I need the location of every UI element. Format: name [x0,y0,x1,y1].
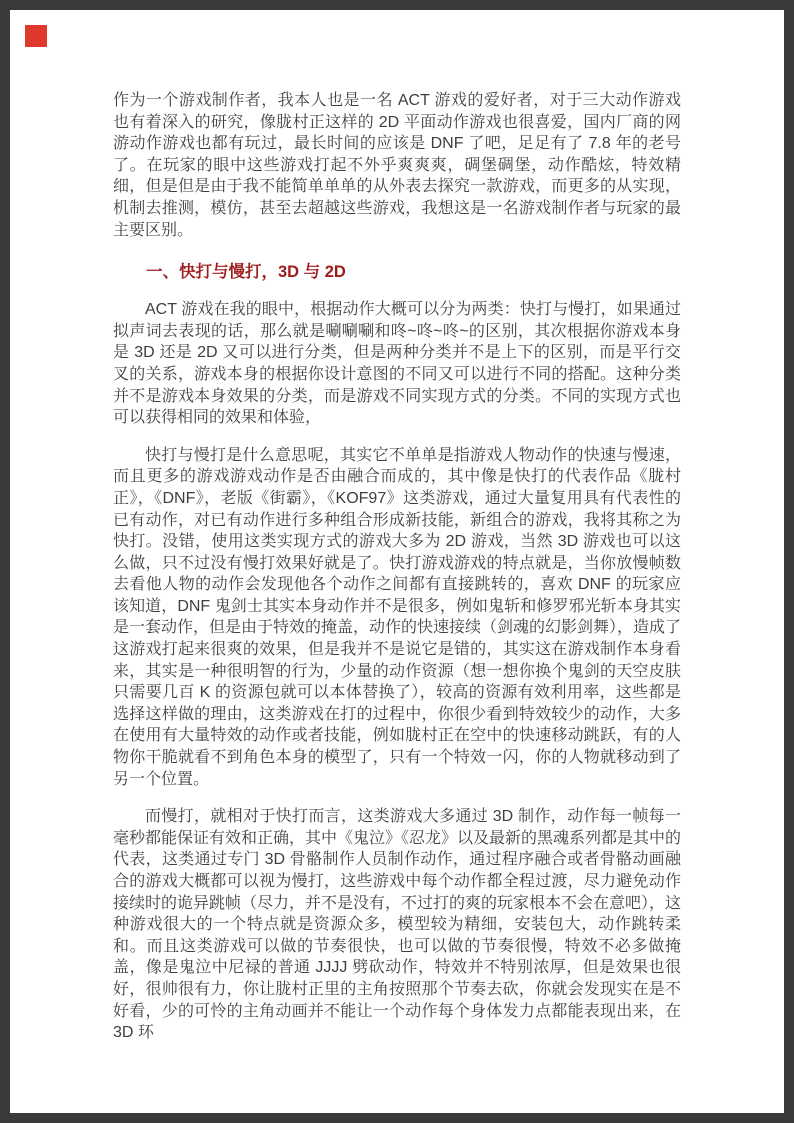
paragraph-classification: ACT 游戏在我的眼中，根据动作大概可以分为两类：快打与慢打，如果通过拟声词去表… [113,299,681,429]
section-heading: 一、快打与慢打，3D 与 2D [113,261,681,283]
document-page: 作为一个游戏制作者，我本人也是一名 ACT 游戏的爱好者，对于三大动作游戏也有着… [0,0,794,1123]
paragraph-slow-hit: 而慢打，就相对于快打而言，这类游戏大多通过 3D 制作，动作每一帧每一毫秒都能保… [113,806,681,1044]
document-content: 作为一个游戏制作者，我本人也是一名 ACT 游戏的爱好者，对于三大动作游戏也有着… [113,90,681,1044]
paragraph-fast-hit: 快打与慢打是什么意思呢，其实它不单单是指游戏人物动作的快速与慢速，而且更多的游戏… [113,445,681,791]
red-square-marker [25,25,47,47]
paragraph-intro: 作为一个游戏制作者，我本人也是一名 ACT 游戏的爱好者，对于三大动作游戏也有着… [113,90,681,241]
